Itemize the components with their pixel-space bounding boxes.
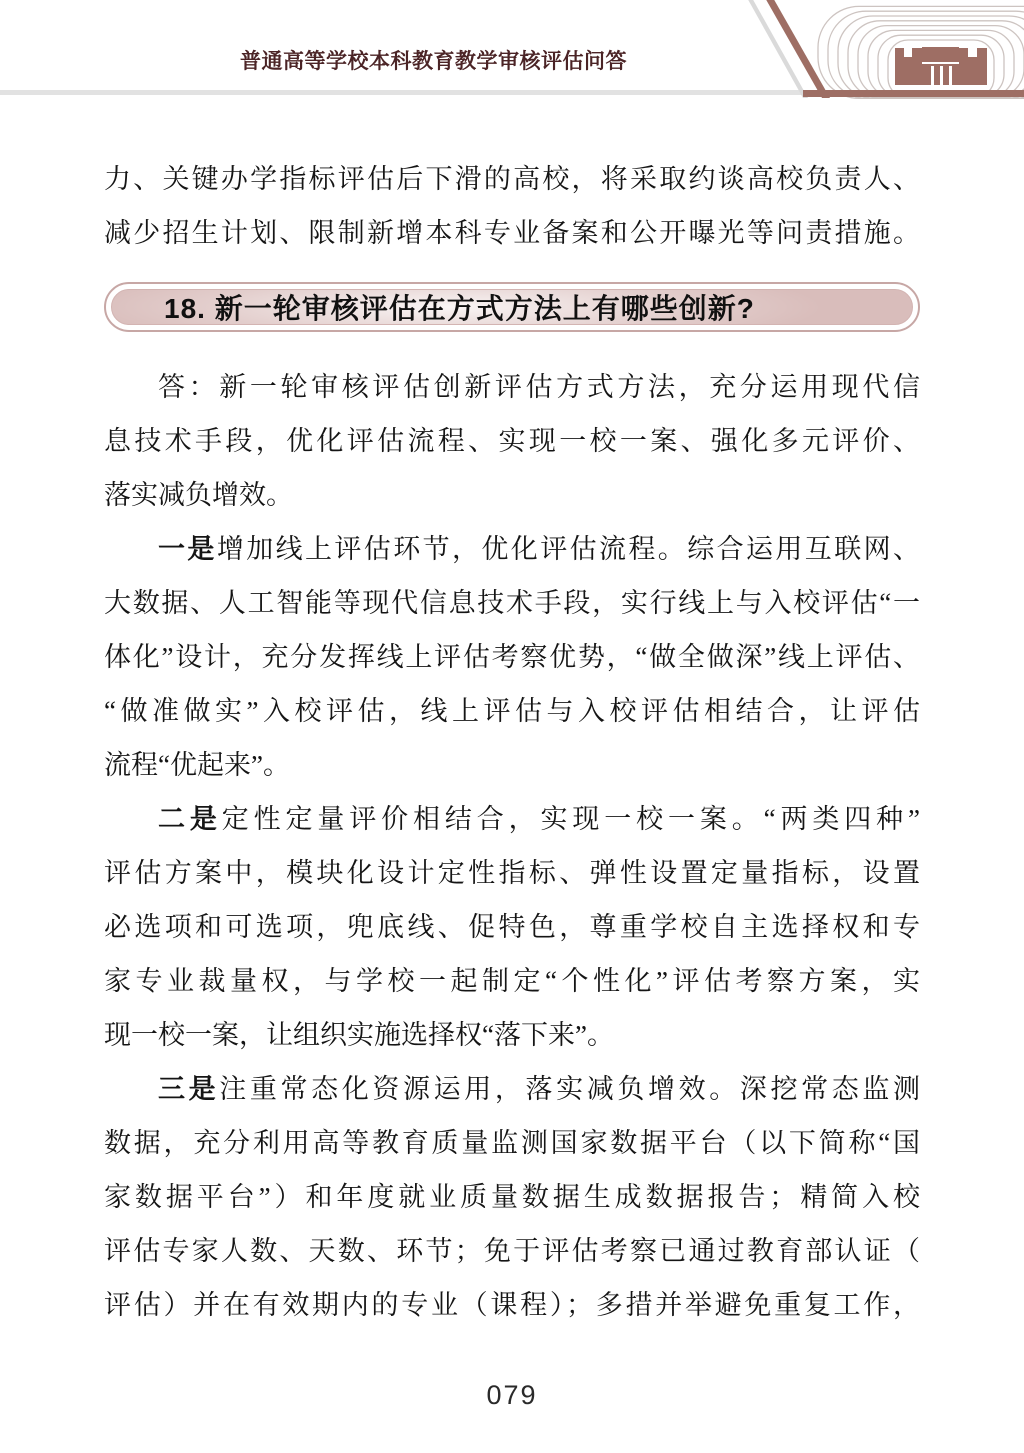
paragraph-lead: 一是	[158, 534, 217, 564]
paragraph-text: 增加线上评估环节，优化评估流程。综合运用互联网、	[217, 534, 920, 564]
running-head-title: 普通高等学校本科教育教学审核评估问答	[240, 45, 627, 75]
body-text-line: 评估专家人数、天数、环节；免于评估考察已通过教育部认证（	[104, 1224, 920, 1278]
paragraph-lead: 三是	[158, 1074, 219, 1104]
body-text-line: 必选项和可选项，兜底线、促特色，尊重学校自主选择权和专	[104, 900, 920, 954]
body-text-line: 现一校一案，让组织实施选择权“落下来”。	[104, 1008, 920, 1062]
page-body: 力、关键办学指标评估后下滑的高校，将采取约谈高校负责人、 减少招生计划、限制新增…	[104, 96, 920, 1332]
question-heading-box: 18. 新一轮审核评估在方式方法上有哪些创新?	[104, 282, 920, 332]
body-text-line: 一是增加线上评估环节，优化评估流程。综合运用互联网、	[104, 522, 920, 576]
page-number: 079	[0, 1380, 1024, 1411]
body-text-line: 家数据平台”）和年度就业质量数据生成数据报告；精简入校	[104, 1170, 920, 1224]
paragraph-text: 定性定量评价相结合，实现一校一案。“两类四种”	[222, 804, 920, 834]
body-text-line: 二是定性定量评价相结合，实现一校一案。“两类四种”	[104, 792, 920, 846]
body-text-line: 息技术手段，优化评估流程、实现一校一案、强化多元评价、	[104, 414, 920, 468]
body-text-line: 家专业裁量权，与学校一起制定“个性化”评估考察方案，实	[104, 954, 920, 1008]
body-text-line: 评估）并在有效期内的专业（课程）；多措并举避免重复工作，	[104, 1278, 920, 1332]
header-rule	[0, 90, 812, 95]
body-text-line: 三是注重常态化资源运用，落实减负增效。深挖常态监测	[104, 1062, 920, 1116]
body-text-line: 大数据、人工智能等现代信息技术手段，实行线上与入校评估“一	[104, 576, 920, 630]
body-text-line: 力、关键办学指标评估后下滑的高校，将采取约谈高校负责人、	[104, 152, 920, 206]
paragraph-text: 注重常态化资源运用，落实减负增效。深挖常态监测	[219, 1074, 920, 1104]
body-text-line: 减少招生计划、限制新增本科专业备案和公开曝光等问责措施。	[104, 206, 920, 260]
body-text-line: “做准做实”入校评估，线上评估与入校评估相结合，让评估	[104, 684, 920, 738]
body-text-line: 答：新一轮审核评估创新评估方式方法，充分运用现代信	[104, 360, 920, 414]
question-heading-label: 18. 新一轮审核评估在方式方法上有哪些创新?	[111, 289, 913, 325]
body-text-line: 流程“优起来”。	[104, 738, 920, 792]
book-page: 普通高等学校本科教育教学审核评估问答	[0, 0, 1024, 1453]
body-text-line: 体化”设计，充分发挥线上评估考察优势，“做全做深”线上评估、	[104, 630, 920, 684]
university-gate-building-icon	[895, 47, 987, 85]
paragraph-lead: 二是	[158, 804, 222, 834]
header-ornament	[740, 0, 1024, 102]
body-text-line: 评估方案中，模块化设计定性指标、弹性设置定量指标，设置	[104, 846, 920, 900]
body-text-line: 数据，充分利用高等教育质量监测国家数据平台（以下简称“国	[104, 1116, 920, 1170]
body-text-line: 落实减负增效。	[104, 468, 920, 522]
